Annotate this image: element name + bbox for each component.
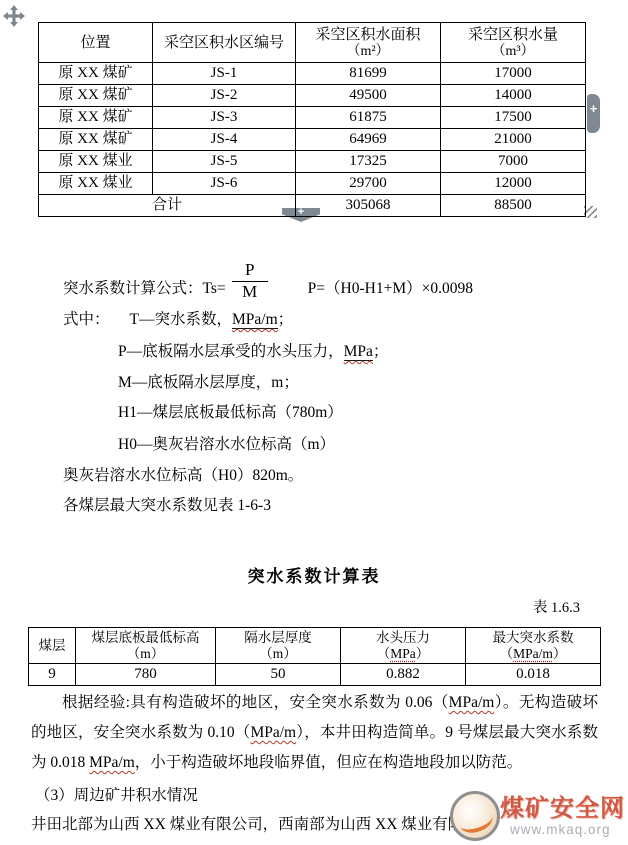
cell-volume: 12000 xyxy=(441,173,586,195)
cell-head-pressure: 0.882 xyxy=(341,664,466,686)
table-row: 原 XX 煤业 JS-6 29700 12000 xyxy=(39,173,586,195)
cell-area: 49500 xyxy=(296,85,441,107)
definition-line-H1: H1—煤层底板最低标高（780m） xyxy=(118,402,343,424)
note-see-table: 各煤层最大突水系数见表 1-6-3 xyxy=(63,495,271,517)
formula-fraction: P M xyxy=(232,261,268,301)
cell-code: JS-3 xyxy=(153,107,296,129)
watermark-url: www.mkaq.org xyxy=(510,822,611,837)
table-total-row: 合计 305068 88500 xyxy=(39,195,586,217)
cell-location: 原 XX 煤业 xyxy=(39,173,153,195)
table-row: 原 XX 煤业 JS-5 17325 7000 xyxy=(39,151,586,173)
table-row: 原 XX 煤矿 JS-1 81699 17000 xyxy=(39,63,586,85)
section-heading-3: （3）周边矿井积水情况 xyxy=(35,785,198,807)
watermark-site-name: 煤矿安全网 xyxy=(500,788,628,823)
pressure-formula: P=（H0-H1+M）×0.0098 xyxy=(308,277,473,301)
cell-location: 原 XX 煤矿 xyxy=(39,107,153,129)
table-row: 原 XX 煤矿 JS-2 49500 14000 xyxy=(39,85,586,107)
definition-line-M: M—底板隔水层厚度，m； xyxy=(118,372,299,394)
col-header-seam: 煤层 xyxy=(29,628,76,664)
cell-location: 原 XX 煤矿 xyxy=(39,85,153,107)
cell-max-coefficient: 0.018 xyxy=(466,664,601,686)
inrush-coefficient-table: 煤层 煤层底板最低标高（m） 隔水层厚度（m） 水头压力（MPa） 最大突水系数… xyxy=(28,627,601,686)
cell-volume: 14000 xyxy=(441,85,586,107)
table-header-row: 位置 采空区积水区编号 采空区积水面积（m²） 采空区积水量（m³） xyxy=(39,23,586,63)
cell-location: 原 XX 煤矿 xyxy=(39,129,153,151)
formula-intro: 突水系数计算公式：Ts= xyxy=(63,277,226,301)
cell-code: JS-2 xyxy=(153,85,296,107)
table-move-handle-icon[interactable] xyxy=(3,5,25,27)
col-header-max-coefficient: 最大突水系数（MPa/m） xyxy=(466,628,601,664)
cell-code: JS-6 xyxy=(153,173,296,195)
col-header-aquiclude-thickness: 隔水层厚度（m） xyxy=(216,628,341,664)
cell-volume: 21000 xyxy=(441,129,586,151)
definition-line-H0: H0—奥灰岩溶水水位标高（m） xyxy=(118,434,335,456)
table-header-row: 煤层 煤层底板最低标高（m） 隔水层厚度（m） 水头压力（MPa） 最大突水系数… xyxy=(29,628,601,664)
col-header-area: 采空区积水面积（m²） xyxy=(296,23,441,63)
cell-location: 原 XX 煤业 xyxy=(39,151,153,173)
cell-area: 29700 xyxy=(296,173,441,195)
col-header-location: 位置 xyxy=(39,23,153,63)
cell-floor-elevation: 780 xyxy=(76,664,216,686)
definition-line-P: P—底板隔水层承受的水头压力，MPa； xyxy=(118,341,388,363)
fraction-numerator: P xyxy=(245,261,254,279)
note-ordovician-level: 奥灰岩溶水水位标高（H0）820m。 xyxy=(63,465,303,487)
table-row: 原 XX 煤矿 JS-4 64969 21000 xyxy=(39,129,586,151)
cell-total-label: 合计 xyxy=(39,195,296,217)
table2-caption: 表 1.6.3 xyxy=(0,596,580,617)
definition-lead: 式中： xyxy=(63,311,110,328)
add-column-button[interactable]: + xyxy=(587,94,600,133)
col-header-volume: 采空区积水量（m³） xyxy=(441,23,586,63)
cell-code: JS-1 xyxy=(153,63,296,85)
experience-paragraph: 根据经验:具有构造破坏的地区，安全突水系数为 0.06（MPa/m）。无构造破坏… xyxy=(31,688,598,778)
goaf-water-table: 位置 采空区积水区编号 采空区积水面积（m²） 采空区积水量（m³） 原 XX … xyxy=(38,22,586,217)
table2-title: 突水系数计算表 xyxy=(0,562,628,587)
table-row: 原 XX 煤矿 JS-3 61875 17500 xyxy=(39,107,586,129)
fraction-denominator: M xyxy=(242,283,257,301)
cell-area: 61875 xyxy=(296,107,441,129)
cell-aquiclude-thickness: 50 xyxy=(216,664,341,686)
col-header-code: 采空区积水区编号 xyxy=(153,23,296,63)
cell-area: 81699 xyxy=(296,63,441,85)
col-header-head-pressure: 水头压力（MPa） xyxy=(341,628,466,664)
cell-volume: 7000 xyxy=(441,151,586,173)
cell-area: 17325 xyxy=(296,151,441,173)
table-row: 9 780 50 0.882 0.018 xyxy=(29,664,601,686)
definition-line-T: 式中：T—突水系数，MPa/m； xyxy=(63,309,293,331)
cell-volume: 17500 xyxy=(441,107,586,129)
watermark-logo-icon xyxy=(450,791,500,841)
cell-volume: 17000 xyxy=(441,63,586,85)
definition-T: T—突水系数，MPa/m； xyxy=(130,311,294,329)
water-inrush-formula: 突水系数计算公式：Ts= P M P=（H0-H1+M）×0.0098 xyxy=(63,243,473,301)
cell-total-area: 305068 xyxy=(296,195,441,217)
col-header-floor-elevation: 煤层底板最低标高（m） xyxy=(76,628,216,664)
cell-code: JS-4 xyxy=(153,129,296,151)
site-watermark: 煤矿安全网 www.mkaq.org xyxy=(440,786,628,845)
cell-total-volume: 88500 xyxy=(441,195,586,217)
cell-code: JS-5 xyxy=(153,151,296,173)
cell-area: 64969 xyxy=(296,129,441,151)
cell-location: 原 XX 煤矿 xyxy=(39,63,153,85)
cell-seam: 9 xyxy=(29,664,76,686)
